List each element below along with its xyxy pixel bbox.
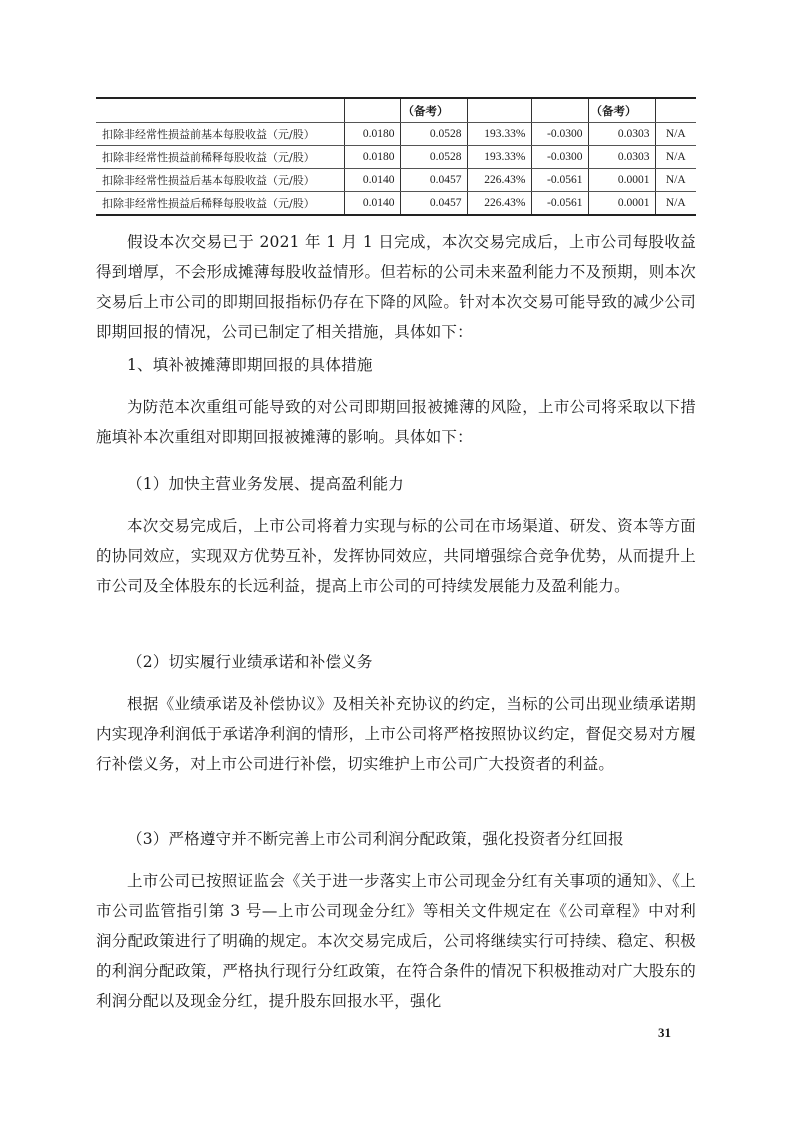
row-label: 扣除非经常性损益前基本每股收益（元/股） [96, 123, 344, 146]
row-label: 扣除非经常性损益前稀释每股收益（元/股） [96, 146, 344, 169]
section-block: 本次交易完成后，上市公司将着力实现与标的公司在市场渠道、研发、资本等方面的协同效… [96, 511, 696, 601]
table-row: 扣除非经常性损益后稀释每股收益（元/股） 0.0140 0.0457 226.4… [96, 192, 696, 216]
paragraph-eps-assumption: 假设本次交易已于 2021 年 1 月 1 日完成，本次交易完成后，上市公司每股… [96, 227, 696, 347]
header-cell-pro-forma: （备考） [400, 98, 467, 123]
section-heading-remedial-measures: 1、填补被摊薄即期回报的具体措施 [96, 350, 696, 380]
table-cell: 0.0457 [400, 192, 467, 216]
eps-table: （备考） （备考） 扣除非经常性损益前基本每股收益（元/股） 0.0180 0.… [96, 97, 696, 216]
table-cell: 226.43% [467, 169, 531, 192]
section-block: 上市公司已按照证监会《关于进一步落实上市公司现金分红有关事项的通知》、《上市公司… [96, 866, 696, 1016]
table-cell: 0.0180 [344, 123, 400, 146]
header-cell [531, 98, 588, 123]
row-label: 扣除非经常性损益后稀释每股收益（元/股） [96, 192, 344, 216]
document-page: （备考） （备考） 扣除非经常性损益前基本每股收益（元/股） 0.0180 0.… [0, 0, 793, 1122]
table-cell: -0.0300 [531, 123, 588, 146]
section-block: 1、填补被摊薄即期回报的具体措施 [96, 350, 696, 380]
page-number: 31 [658, 1025, 671, 1041]
table-cell: 0.0303 [588, 123, 655, 146]
table-cell: 0.0140 [344, 169, 400, 192]
table-cell: 226.43% [467, 192, 531, 216]
table-cell: N/A [655, 192, 696, 216]
section-block: （2）切实履行业绩承诺和补偿义务 [96, 647, 696, 677]
section-block: （1）加快主营业务发展、提高盈利能力 [96, 469, 696, 499]
subheading-business-development: （1）加快主营业务发展、提高盈利能力 [96, 469, 696, 499]
section-block: 根据《业绩承诺及补偿协议》及相关补充协议的约定，当标的公司出现业绩承诺期内实现净… [96, 689, 696, 779]
table-cell: 0.0180 [344, 146, 400, 169]
paragraph-synergy: 本次交易完成后，上市公司将着力实现与标的公司在市场渠道、研发、资本等方面的协同效… [96, 511, 696, 601]
table-cell: 0.0140 [344, 192, 400, 216]
table-cell: 0.0457 [400, 169, 467, 192]
subheading-performance-commitment: （2）切实履行业绩承诺和补偿义务 [96, 647, 696, 677]
section-block: 为防范本次重组可能导致的对公司即期回报被摊薄的风险，上市公司将采取以下措施填补本… [96, 392, 696, 452]
row-label: 扣除非经常性损益后基本每股收益（元/股） [96, 169, 344, 192]
table-cell: 0.0001 [588, 192, 655, 216]
table-row: 扣除非经常性损益后基本每股收益（元/股） 0.0140 0.0457 226.4… [96, 169, 696, 192]
table-cell: -0.0561 [531, 192, 588, 216]
paragraph-compensation: 根据《业绩承诺及补偿协议》及相关补充协议的约定，当标的公司出现业绩承诺期内实现净… [96, 689, 696, 779]
table-cell: N/A [655, 169, 696, 192]
header-cell [344, 98, 400, 123]
table-cell: 0.0528 [400, 146, 467, 169]
table-cell: N/A [655, 146, 696, 169]
table-cell: 0.0001 [588, 169, 655, 192]
table-cell: N/A [655, 123, 696, 146]
subheading-dividend-policy: （3）严格遵守并不断完善上市公司利润分配政策，强化投资者分红回报 [96, 824, 696, 854]
table-cell: 0.0303 [588, 146, 655, 169]
header-cell [467, 98, 531, 123]
paragraph-measures-intro: 为防范本次重组可能导致的对公司即期回报被摊薄的风险，上市公司将采取以下措施填补本… [96, 392, 696, 452]
table-cell: 0.0528 [400, 123, 467, 146]
table-cell: -0.0300 [531, 146, 588, 169]
table-cell: -0.0561 [531, 169, 588, 192]
paragraph-dividend: 上市公司已按照证监会《关于进一步落实上市公司现金分红有关事项的通知》、《上市公司… [96, 866, 696, 1016]
table-row: 扣除非经常性损益前稀释每股收益（元/股） 0.0180 0.0528 193.3… [96, 146, 696, 169]
table-cell: 193.33% [467, 123, 531, 146]
header-cell [655, 98, 696, 123]
section-block: （3）严格遵守并不断完善上市公司利润分配政策，强化投资者分红回报 [96, 824, 696, 854]
table-row: 扣除非经常性损益前基本每股收益（元/股） 0.0180 0.0528 193.3… [96, 123, 696, 146]
table-header-row: （备考） （备考） [96, 98, 696, 123]
body-text: 假设本次交易已于 2021 年 1 月 1 日完成，本次交易完成后，上市公司每股… [96, 227, 696, 347]
table-cell: 193.33% [467, 146, 531, 169]
header-cell-pro-forma: （备考） [588, 98, 655, 123]
header-cell [96, 98, 344, 123]
